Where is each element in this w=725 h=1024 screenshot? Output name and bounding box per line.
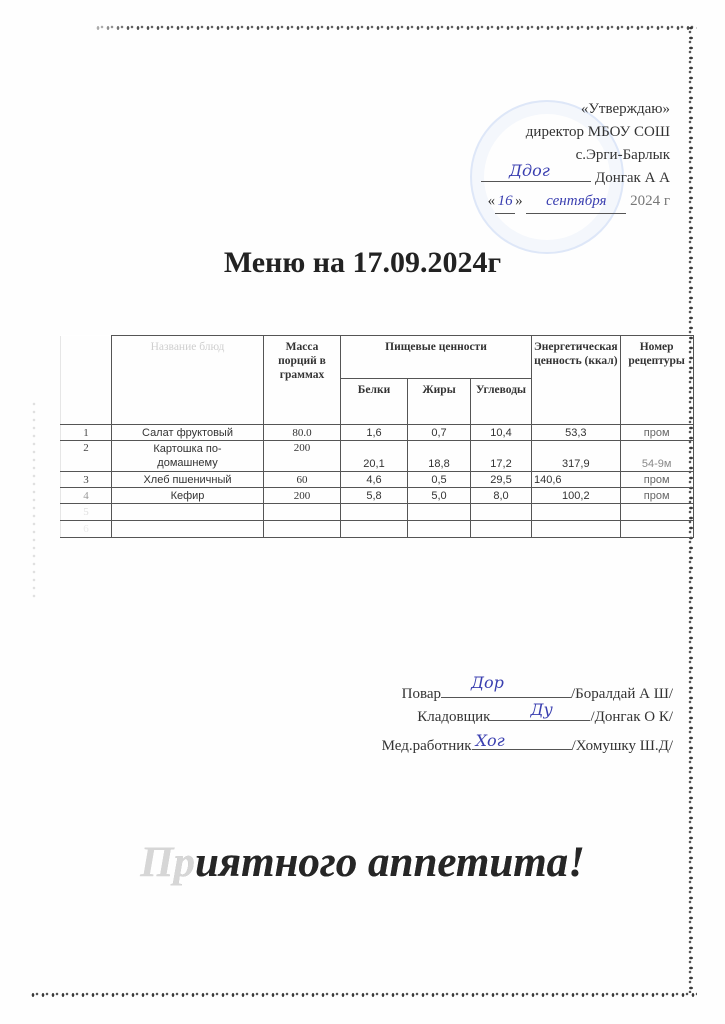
header-proteins: Белки: [341, 379, 408, 425]
header-dish-name: Название блюд: [112, 336, 264, 425]
decorative-border-bottom: [30, 990, 697, 1000]
cook-signature-line: Дор: [441, 683, 571, 698]
header-nutrition: Пищевые ценности: [341, 336, 532, 379]
table-row: 5: [61, 504, 694, 521]
medic-label: Мед.работник: [382, 738, 472, 754]
dish-energy: [532, 521, 621, 538]
director-signature-line: Ддог: [481, 167, 591, 182]
date-close-quote: »: [515, 193, 523, 209]
dish-name: Картошка по-домашнему: [112, 441, 264, 472]
dish-name: [112, 521, 264, 538]
table-row: 1 Салат фруктовый 80.0 1,6 0,7 10,4 53,3…: [61, 425, 694, 441]
decorative-border-top: [95, 23, 697, 33]
storekeeper-signature-icon: Ду: [530, 698, 552, 721]
dish-carbs: 10,4: [471, 425, 532, 441]
row-number: 2: [61, 441, 112, 472]
header-fats: Жиры: [408, 379, 471, 425]
medic-signature-icon: Хог: [476, 729, 505, 752]
dish-recipe: [620, 504, 693, 521]
medic-signature-line: Хог: [472, 735, 572, 750]
bon-appetit-banner: Приятного аппетита!: [0, 838, 725, 887]
dish-carbs: 8,0: [471, 488, 532, 504]
dish-fats: [408, 521, 471, 538]
dish-proteins: 5,8: [341, 488, 408, 504]
storekeeper-name: /Донгак О К/: [590, 709, 673, 725]
cook-label: Повар: [402, 686, 441, 702]
header-carbs: Углеводы: [471, 379, 532, 425]
dish-energy: 140,6: [532, 472, 621, 488]
header-no: [61, 336, 112, 425]
row-number: 3: [61, 472, 112, 488]
dish-mass: [264, 521, 341, 538]
dish-energy: 53,3: [532, 425, 621, 441]
medic-name: /Хомушку Ш.Д/: [572, 738, 673, 754]
table-row: 2 Картошка по-домашнему 200 20,1 18,8 17…: [61, 441, 694, 472]
dish-fats: 18,8: [408, 441, 471, 472]
page-title: Меню на 17.09.2024г: [0, 246, 725, 280]
dish-proteins: [341, 504, 408, 521]
cook-name: /Боралдай А Ш/: [571, 686, 673, 702]
row-number: 4: [61, 488, 112, 504]
dish-recipe: пром: [620, 472, 693, 488]
row-number: 1: [61, 425, 112, 441]
dish-recipe: пром: [620, 488, 693, 504]
dish-proteins: 1,6: [341, 425, 408, 441]
storekeeper-signature-line: Ду: [490, 706, 590, 721]
dish-fats: 0,7: [408, 425, 471, 441]
dish-proteins: [341, 521, 408, 538]
dish-recipe: [620, 521, 693, 538]
menu-table: Название блюд Масса порций в граммах Пищ…: [60, 335, 694, 538]
dish-fats: 0,5: [408, 472, 471, 488]
dish-recipe: пром: [620, 425, 693, 441]
approval-heading: «Утверждаю»: [481, 98, 670, 121]
dish-energy: [532, 504, 621, 521]
dish-carbs: [471, 504, 532, 521]
director-signature-icon: Ддог: [509, 159, 550, 182]
table-row: 3 Хлеб пшеничный 60 4,6 0,5 29,5 140,6 п…: [61, 472, 694, 488]
dish-proteins: 4,6: [341, 472, 408, 488]
dish-energy: 317,9: [532, 441, 621, 472]
header-recipe: Номер рецептуры: [620, 336, 693, 425]
staff-signatures: ПоварДор/Боралдай А Ш/ КладовщикДу/Донга…: [382, 683, 673, 758]
header-mass: Масса порций в граммах: [264, 336, 341, 425]
approval-position: директор МБОУ СОШ: [481, 121, 670, 144]
dish-mass: [264, 504, 341, 521]
dish-carbs: 17,2: [471, 441, 532, 472]
bon-appetit-rest: иятного аппетита!: [195, 839, 585, 886]
dish-mass: 200: [264, 488, 341, 504]
decorative-border-fade: [70, 23, 130, 33]
row-number: 6: [61, 521, 112, 538]
dish-mass: 60: [264, 472, 341, 488]
bon-appetit-first: Пр: [140, 839, 195, 886]
dish-carbs: 29,5: [471, 472, 532, 488]
approval-director-name: Донгак А А: [595, 170, 670, 186]
date-open-quote: «: [488, 193, 496, 209]
table-row: 4 Кефир 200 5,8 5,0 8,0 100,2 пром: [61, 488, 694, 504]
cook-signature-icon: Дор: [471, 671, 504, 694]
header-energy: Энергетическая ценность (ккал): [532, 336, 621, 425]
approval-date-month: сентября: [526, 190, 626, 214]
dish-mass: 80.0: [264, 425, 341, 441]
dish-carbs: [471, 521, 532, 538]
dish-fats: [408, 504, 471, 521]
approval-date-year: 2024 г: [630, 193, 670, 209]
dish-fats: 5,0: [408, 488, 471, 504]
dish-mass: 200: [264, 441, 341, 472]
table-row: 6: [61, 521, 694, 538]
dish-recipe: 54-9м: [620, 441, 693, 472]
dish-name: [112, 504, 264, 521]
row-number: 5: [61, 504, 112, 521]
dish-name: Салат фруктовый: [112, 425, 264, 441]
dish-name: Хлеб пшеничный: [112, 472, 264, 488]
approval-date-day: 16: [495, 190, 515, 214]
dish-name: Кефир: [112, 488, 264, 504]
dish-energy: 100,2: [532, 488, 621, 504]
approval-block: «Утверждаю» директор МБОУ СОШ с.Эрги-Бар…: [481, 98, 670, 214]
storekeeper-label: Кладовщик: [417, 709, 490, 725]
decorative-border-left: [30, 400, 38, 600]
dish-proteins: 20,1: [341, 441, 408, 472]
